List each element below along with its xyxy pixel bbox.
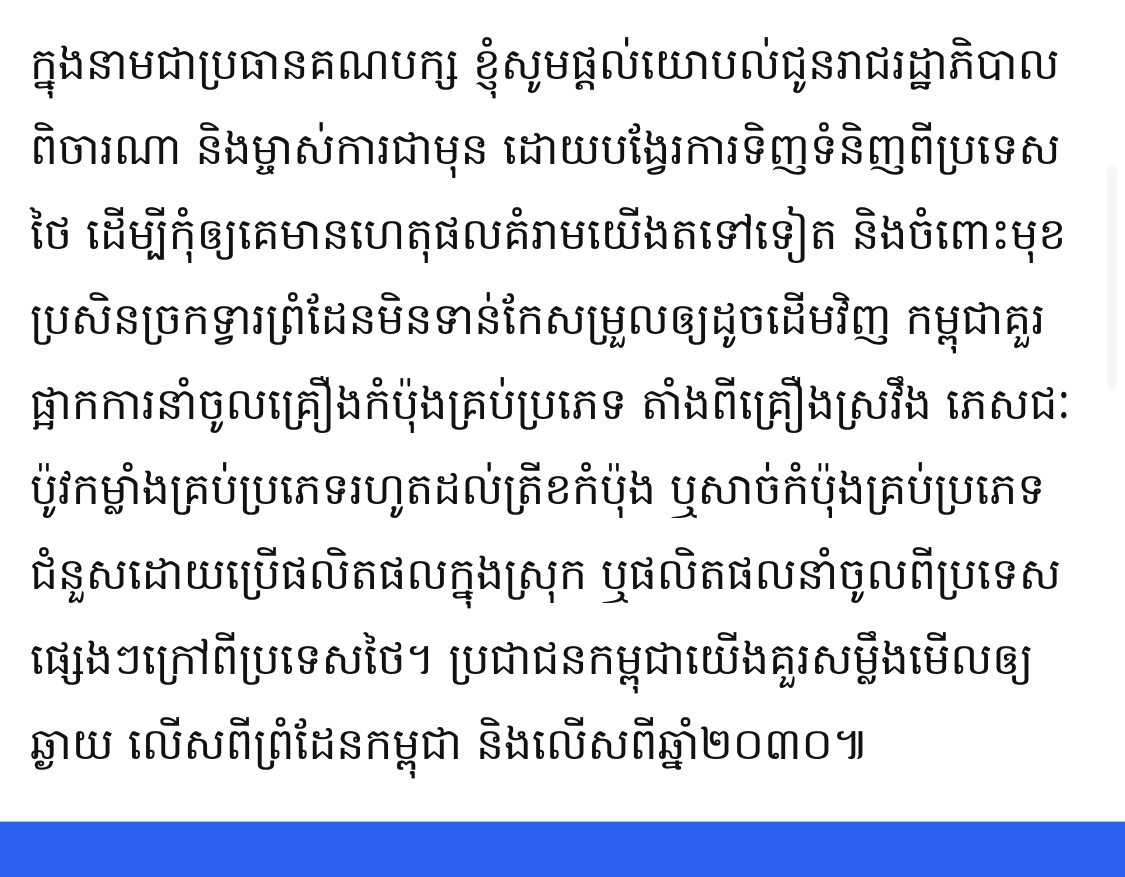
text-line: ឆ្ងាយ លើសពីព្រំដែនកម្ពុជា និងលើសពីឆ្នាំ២… [30, 702, 1100, 787]
text-line: ថៃ ដើម្បីកុំឲ្យគេមានហេតុផលគំរាមយើងតទៅទៀត… [30, 192, 1100, 277]
text-line: ជំនួសដោយប្រើផលិតផលក្នុងស្រុក ឬផលិតផលនាំច… [30, 532, 1100, 617]
text-line: ពិចារណា និងម្ចាស់ការជាមុន ដោយបង្វែរការទិ… [30, 107, 1100, 192]
scrollbar[interactable] [1107, 165, 1117, 390]
text-line: ប្រសិនច្រកទ្វារព្រំដែនមិនទាន់កែសម្រួលឲ្យ… [30, 277, 1100, 362]
post-body-text: ក្នុងនាមជាប្រធានគណបក្ស ខ្ញុំសូមផ្តល់យោបល… [30, 22, 1100, 787]
text-line: ក្នុងនាមជាប្រធានគណបក្ស ខ្ញុំសូមផ្តល់យោបល… [30, 22, 1100, 107]
text-line: ផ្សេងៗក្រៅពីប្រទេសថៃ។ ប្រជាជនកម្ពុជាយើងគ… [30, 617, 1100, 702]
text-line: ប៉ូវកម្លាំងគ្រប់ប្រភេទរហូតដល់ត្រីខកំប៉ុង… [30, 447, 1100, 532]
bottom-bar [0, 821, 1125, 877]
text-line: ផ្អាកការនាំចូលគ្រឿងកំប៉ុងគ្រប់ប្រភេទ តាំ… [30, 362, 1100, 447]
page: ក្នុងនាមជាប្រធានគណបក្ស ខ្ញុំសូមផ្តល់យោបល… [0, 0, 1125, 877]
